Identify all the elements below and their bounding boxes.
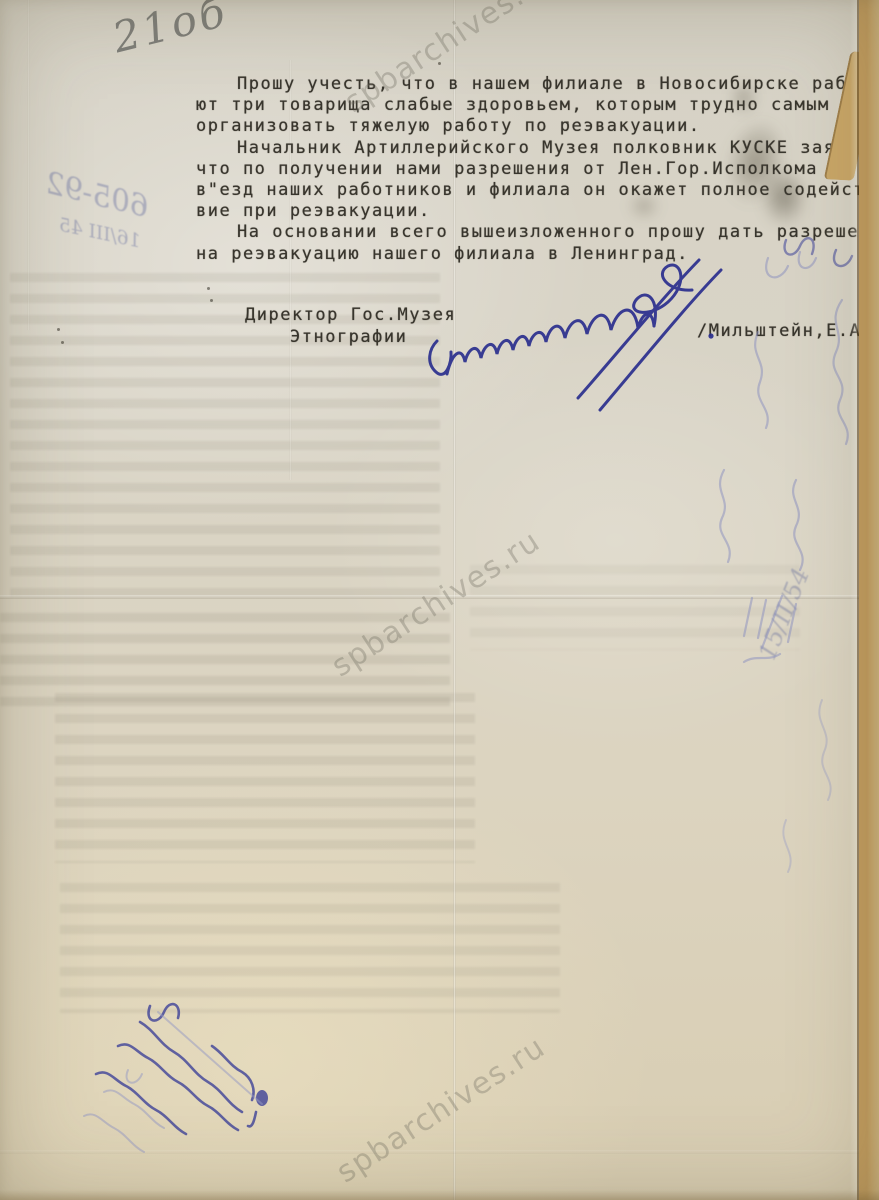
typed-line: На основании всего вышеизложенного прошу… [196,222,879,243]
ink-speck [210,299,213,302]
bleedthrough-text-block [55,688,475,863]
signer-name: /Мильштейн,Е.А [697,321,861,342]
typed-line: что по получении нами разрешения от Лен.… [196,159,879,180]
typed-line: вие при реэвакуации. [196,201,879,222]
typed-line: ют три товарища слабые здоровьем, которы… [196,95,879,116]
typed-line: Прошу учесть, что в нашем филиале в Ново… [196,74,879,95]
ink-speck [57,328,60,331]
watermark: spbarchives.ru [325,523,546,684]
document-scan: 21об Прошу учесть, что в нашем филиале в… [0,0,879,1200]
bottom-left-note-stroke [96,1004,268,1134]
vertical-crease [27,0,30,330]
watermark: spbarchives.ru [330,1029,551,1190]
letter-body: Прошу учесть, что в нашем филиале в Ново… [196,74,879,265]
page-number: 21об [108,0,233,62]
typed-line: Начальник Артиллерийского Музея полковни… [196,138,879,159]
horizontal-crease [0,1150,879,1154]
typed-line: на реэвакуацию нашего филиала в Ленингра… [196,244,879,265]
signature-title-line: Этнографии [290,327,407,348]
signature-title-line: Директор Гос.Музея [245,305,456,326]
bottom-page-edge [0,1190,879,1200]
bleedthrough-text-block [60,878,560,1013]
margin-date-note: 15/II/54 [753,564,815,664]
typed-line: в"езд наших работников и филиала он окаж… [196,180,879,201]
bleedthrough-number-note: 605-92 [41,166,152,226]
bottom-left-note-stroke [84,1012,262,1152]
ink-speck [61,341,64,344]
signature-stroke [430,260,721,410]
typed-line: организовать тяжелую работу по реэвакуац… [196,116,879,137]
bleedthrough-text-block [470,560,800,650]
margin-scribble [783,700,830,872]
ink-speck [207,287,210,290]
